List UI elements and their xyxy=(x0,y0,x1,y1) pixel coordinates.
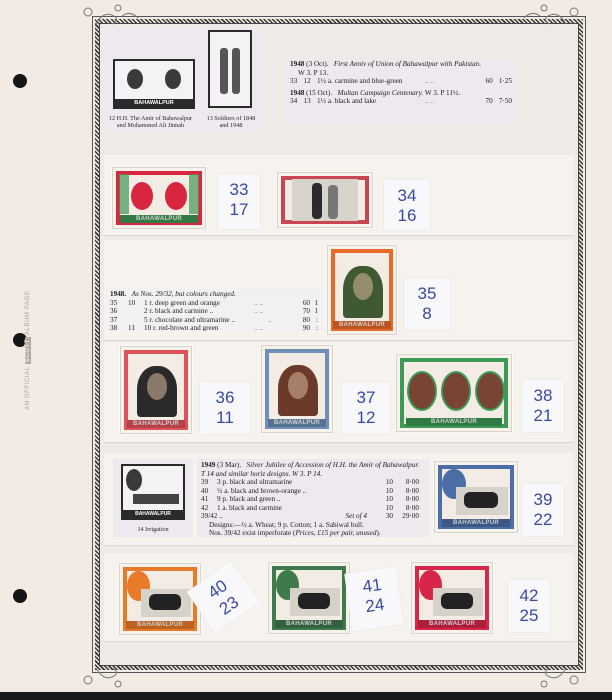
stamp-38: BAHAWALPUR xyxy=(396,354,512,432)
catalogue-row: 381110 r. red-brown and green.. ..90: xyxy=(110,324,320,331)
corner-scroll-ornament xyxy=(520,2,580,32)
catalogue-row: 34 13 1½ a. black and lake .. .. 70 7·50 xyxy=(290,97,512,106)
stamp-country-label: BAHAWALPUR xyxy=(275,620,342,628)
note-bottom-number: 16 xyxy=(384,206,430,226)
note-bottom-number: 11 xyxy=(200,408,250,428)
binder-hole xyxy=(13,74,27,88)
catalogue-number-note-35: 358 xyxy=(404,278,450,330)
note-top-number: 33 xyxy=(218,180,260,200)
stamp-country-label: BAHAWALPUR xyxy=(418,620,485,628)
catalogue-row: 35101 r. deep green and orange.. ..601 xyxy=(110,299,320,308)
catalogue-entry-1948-union: 1948 (3 Oct). First Anniv of Union of Ba… xyxy=(286,58,516,124)
catalogue-entry-1949-jubilee: 1949 (3 Mar). Silver Jubilee of Accessio… xyxy=(197,459,429,537)
stamp-41: BAHAWALPUR xyxy=(268,562,350,634)
note-top-number: 38 xyxy=(522,386,564,406)
stamp-39: BAHAWALPUR xyxy=(434,461,518,533)
catalogue-row: 421 a. black and carmine108·00 xyxy=(201,504,425,513)
catalogue-number-note-41: 4124 xyxy=(344,567,404,632)
illustration-stamp-14: BAHAWALPUR xyxy=(121,464,185,520)
note-bottom-number: 12 xyxy=(342,408,390,428)
catalogue-number-note-38: 3821 xyxy=(522,380,564,432)
catalogue-row: 362 r. black and carmine .... ..701 xyxy=(110,307,320,316)
illustration-stamp-12: BAHAWALPUR xyxy=(113,59,195,109)
stamp-country-label: BAHAWALPUR xyxy=(268,419,327,427)
catalogue-number-note-42: 4225 xyxy=(508,580,550,632)
illustration-caption-14: 14 Irrigation xyxy=(113,526,193,533)
stamp-36: BAHAWALPUR xyxy=(120,346,192,434)
catalogue-number-note-39: 3922 xyxy=(522,484,564,536)
catalogue-illustrations: BAHAWALPUR 12 H.H. The Amir of Bahawalpu… xyxy=(103,27,263,131)
note-top-number: 39 xyxy=(522,490,564,510)
stamp-42: BAHAWALPUR xyxy=(411,562,493,634)
catalogue-row: 33 12 1½ a. carmine and blue-green .. ..… xyxy=(290,77,512,86)
corner-scroll-ornament xyxy=(82,660,142,690)
stamp-34 xyxy=(277,172,373,228)
stamp-40: BAHAWALPUR xyxy=(119,563,201,635)
corner-scroll-ornament xyxy=(520,660,580,690)
stamp-country-label: BAHAWALPUR xyxy=(406,418,502,426)
catalogue-row: 40½ a. black and brown-orange ..108·00 xyxy=(201,487,425,496)
stamp-country-label: BAHAWALPUR xyxy=(333,321,390,329)
note-top-number: 35 xyxy=(404,284,450,304)
catalogue-illustration-14: BAHAWALPUR 14 Irrigation xyxy=(113,459,193,537)
stamp-country-label: BAHAWALPUR xyxy=(120,215,197,223)
album-brand-text: AN OFFICIAL SCOTT ALBUM PAGE xyxy=(25,290,31,410)
note-bottom-number: 22 xyxy=(522,510,564,530)
note-top-number: 42 xyxy=(508,586,550,606)
note-bottom-number: 17 xyxy=(218,200,260,220)
catalogue-row: 419 p. black and green ..108·00 xyxy=(201,495,425,504)
stamp-37: BAHAWALPUR xyxy=(261,345,333,433)
catalogue-set-row: 39/42 ..Set of 43029·00 xyxy=(201,512,425,521)
catalogue-entry-1948-colours: 1948. As Nos. 29/32, but colours changed… xyxy=(106,289,324,331)
note-bottom-number: 21 xyxy=(522,406,564,426)
note-top-number: 37 xyxy=(342,388,390,408)
catalogue-row: 393 p. black and ultramarine108·00 xyxy=(201,478,425,487)
stamp-33: BAHAWALPUR xyxy=(112,167,206,229)
note-top-number: 36 xyxy=(200,388,250,408)
binder-hole xyxy=(13,589,27,603)
stamp-country-label: BAHAWALPUR xyxy=(126,621,193,629)
catalogue-row: 375 r. chocolate and ultramarine ....80: xyxy=(110,316,320,325)
illustration-stamp-13 xyxy=(208,30,252,108)
catalogue-number-note-37: 3712 xyxy=(342,382,390,434)
catalogue-number-note-34: 3416 xyxy=(384,180,430,230)
catalogue-number-note-33: 3317 xyxy=(218,174,260,229)
note-bottom-number: 8 xyxy=(404,304,450,324)
stamp-country-label: BAHAWALPUR xyxy=(442,519,511,527)
illustration-caption-13: 13 Soldiers of 1848 and 1948 xyxy=(201,115,261,129)
note-top-number: 34 xyxy=(384,186,430,206)
catalogue-number-note-36: 3611 xyxy=(200,382,250,434)
illustration-caption-12: 12 H.H. The Amir of Bahawalpur and Moham… xyxy=(103,115,198,129)
stamp-country-label: BAHAWALPUR xyxy=(127,420,186,428)
album-page: AN OFFICIAL SCOTT ALBUM PAGE BAHAWALPUR xyxy=(0,0,612,692)
stamp-35: BAHAWALPUR xyxy=(327,245,397,335)
note-bottom-number: 25 xyxy=(508,606,550,626)
